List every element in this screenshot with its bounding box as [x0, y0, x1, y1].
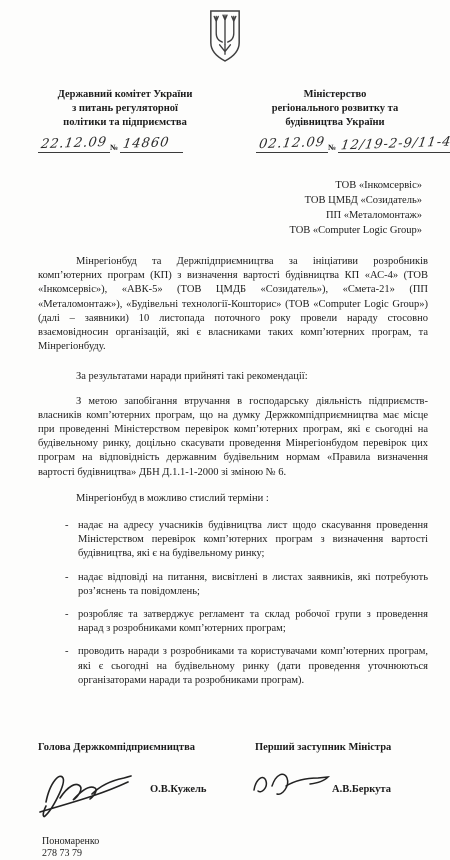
list-item-text: надає на адресу учасників будівництва ли…: [78, 520, 428, 559]
handwritten-signature-right: [250, 768, 332, 802]
recipient-line: ПП «Металомонтаж»: [289, 208, 422, 223]
ukraine-trident-emblem-icon: [203, 9, 247, 63]
scanned-letter-page: Державний комітет України з питань регул…: [0, 0, 450, 860]
org-right-line3: будівництва України: [240, 116, 430, 130]
ref-right-date: 02.12.09: [258, 135, 326, 152]
signer-title-left: Голова Держкомпідприємництва: [38, 742, 195, 753]
signer-title-right: Перший заступник Міністра: [255, 742, 391, 753]
ref-right-number: 12/19-2-9/11-4731: [340, 134, 450, 154]
ref-left-date-underline: 22.12.09: [38, 136, 110, 153]
org-right-line2: регіонального розвитку та: [240, 102, 430, 116]
recipient-line: ТОВ «Computer Logic Group»: [289, 223, 422, 238]
list-dash: -: [65, 645, 69, 659]
recipient-line: ТОВ ЦМБД «Созидатель»: [289, 193, 422, 208]
paragraph-recommendations-lead: За результатами наради прийняті такі рек…: [38, 370, 428, 384]
recipients-block: ТОВ «Інкомсервіс» ТОВ ЦМБД «Созидатель» …: [289, 178, 422, 238]
org-left-line1: Державний комітет України: [30, 88, 220, 102]
list-item-text: надає відповіді на питання, висвітлені в…: [78, 572, 428, 597]
list-item-text: проводить наради з розробниками та корис…: [78, 646, 428, 685]
ref-right-number-underline: 12/19-2-9/11-4731: [338, 136, 450, 153]
ref-left-number-underline: 14860: [120, 136, 182, 153]
paragraph-recommendation-main: З метою запобігання втручання в господар…: [38, 395, 428, 480]
handwritten-signature-left: [36, 764, 136, 819]
recipient-line: ТОВ «Інкомсервіс»: [289, 178, 422, 193]
ref-line-right: 02.12.09№ 12/19-2-9/11-4731: [256, 136, 450, 153]
list-dash: -: [65, 608, 69, 622]
ref-line-left: 22.12.09№ 14860: [38, 136, 183, 153]
ref-left-date: 22.12.09: [40, 135, 108, 152]
list-dash: -: [65, 519, 69, 533]
ref-right-no-label: №: [328, 143, 336, 152]
list-item: - розробляє та затверджує регламент та с…: [38, 608, 428, 636]
list-item: - надає на адресу учасників будівництва …: [38, 519, 428, 562]
list-dash: -: [65, 571, 69, 585]
letter-body: Мінрегіонбуд та Держпідприємництва за ін…: [38, 255, 428, 697]
signer-name-left: О.В.Кужель: [150, 784, 206, 795]
ref-right-date-underline: 02.12.09: [256, 136, 328, 153]
ref-left-number: 14860: [122, 135, 170, 152]
org-left-line3: політики та підприємства: [30, 116, 220, 130]
executor-name: Пономаренко: [42, 836, 99, 848]
ref-left-no-label: №: [110, 143, 118, 152]
org-right-line1: Міністерство: [240, 88, 430, 102]
list-item-text: розробляє та затверджує регламент та скл…: [78, 609, 428, 634]
org-left-line2: з питань регуляторної: [30, 102, 220, 116]
sender-org-right: Міністерство регіонального розвитку та б…: [240, 88, 430, 130]
signer-name-right: А.В.Беркута: [332, 784, 391, 795]
recommendations-list: - надає на адресу учасників будівництва …: [38, 519, 428, 688]
sender-org-left: Державний комітет України з питань регул…: [30, 88, 220, 130]
paragraph-terms-lead: Мінрегіонбуд в можливо стислий терміни :: [38, 492, 428, 506]
list-item: - надає відповіді на питання, висвітлені…: [38, 571, 428, 599]
paragraph-intro: Мінрегіонбуд та Держпідприємництва за ін…: [38, 255, 428, 354]
list-item: - проводить наради з розробниками та кор…: [38, 645, 428, 688]
executor-phone: 278 73 79: [42, 848, 99, 860]
executor-contact: Пономаренко 278 73 79: [42, 836, 99, 860]
